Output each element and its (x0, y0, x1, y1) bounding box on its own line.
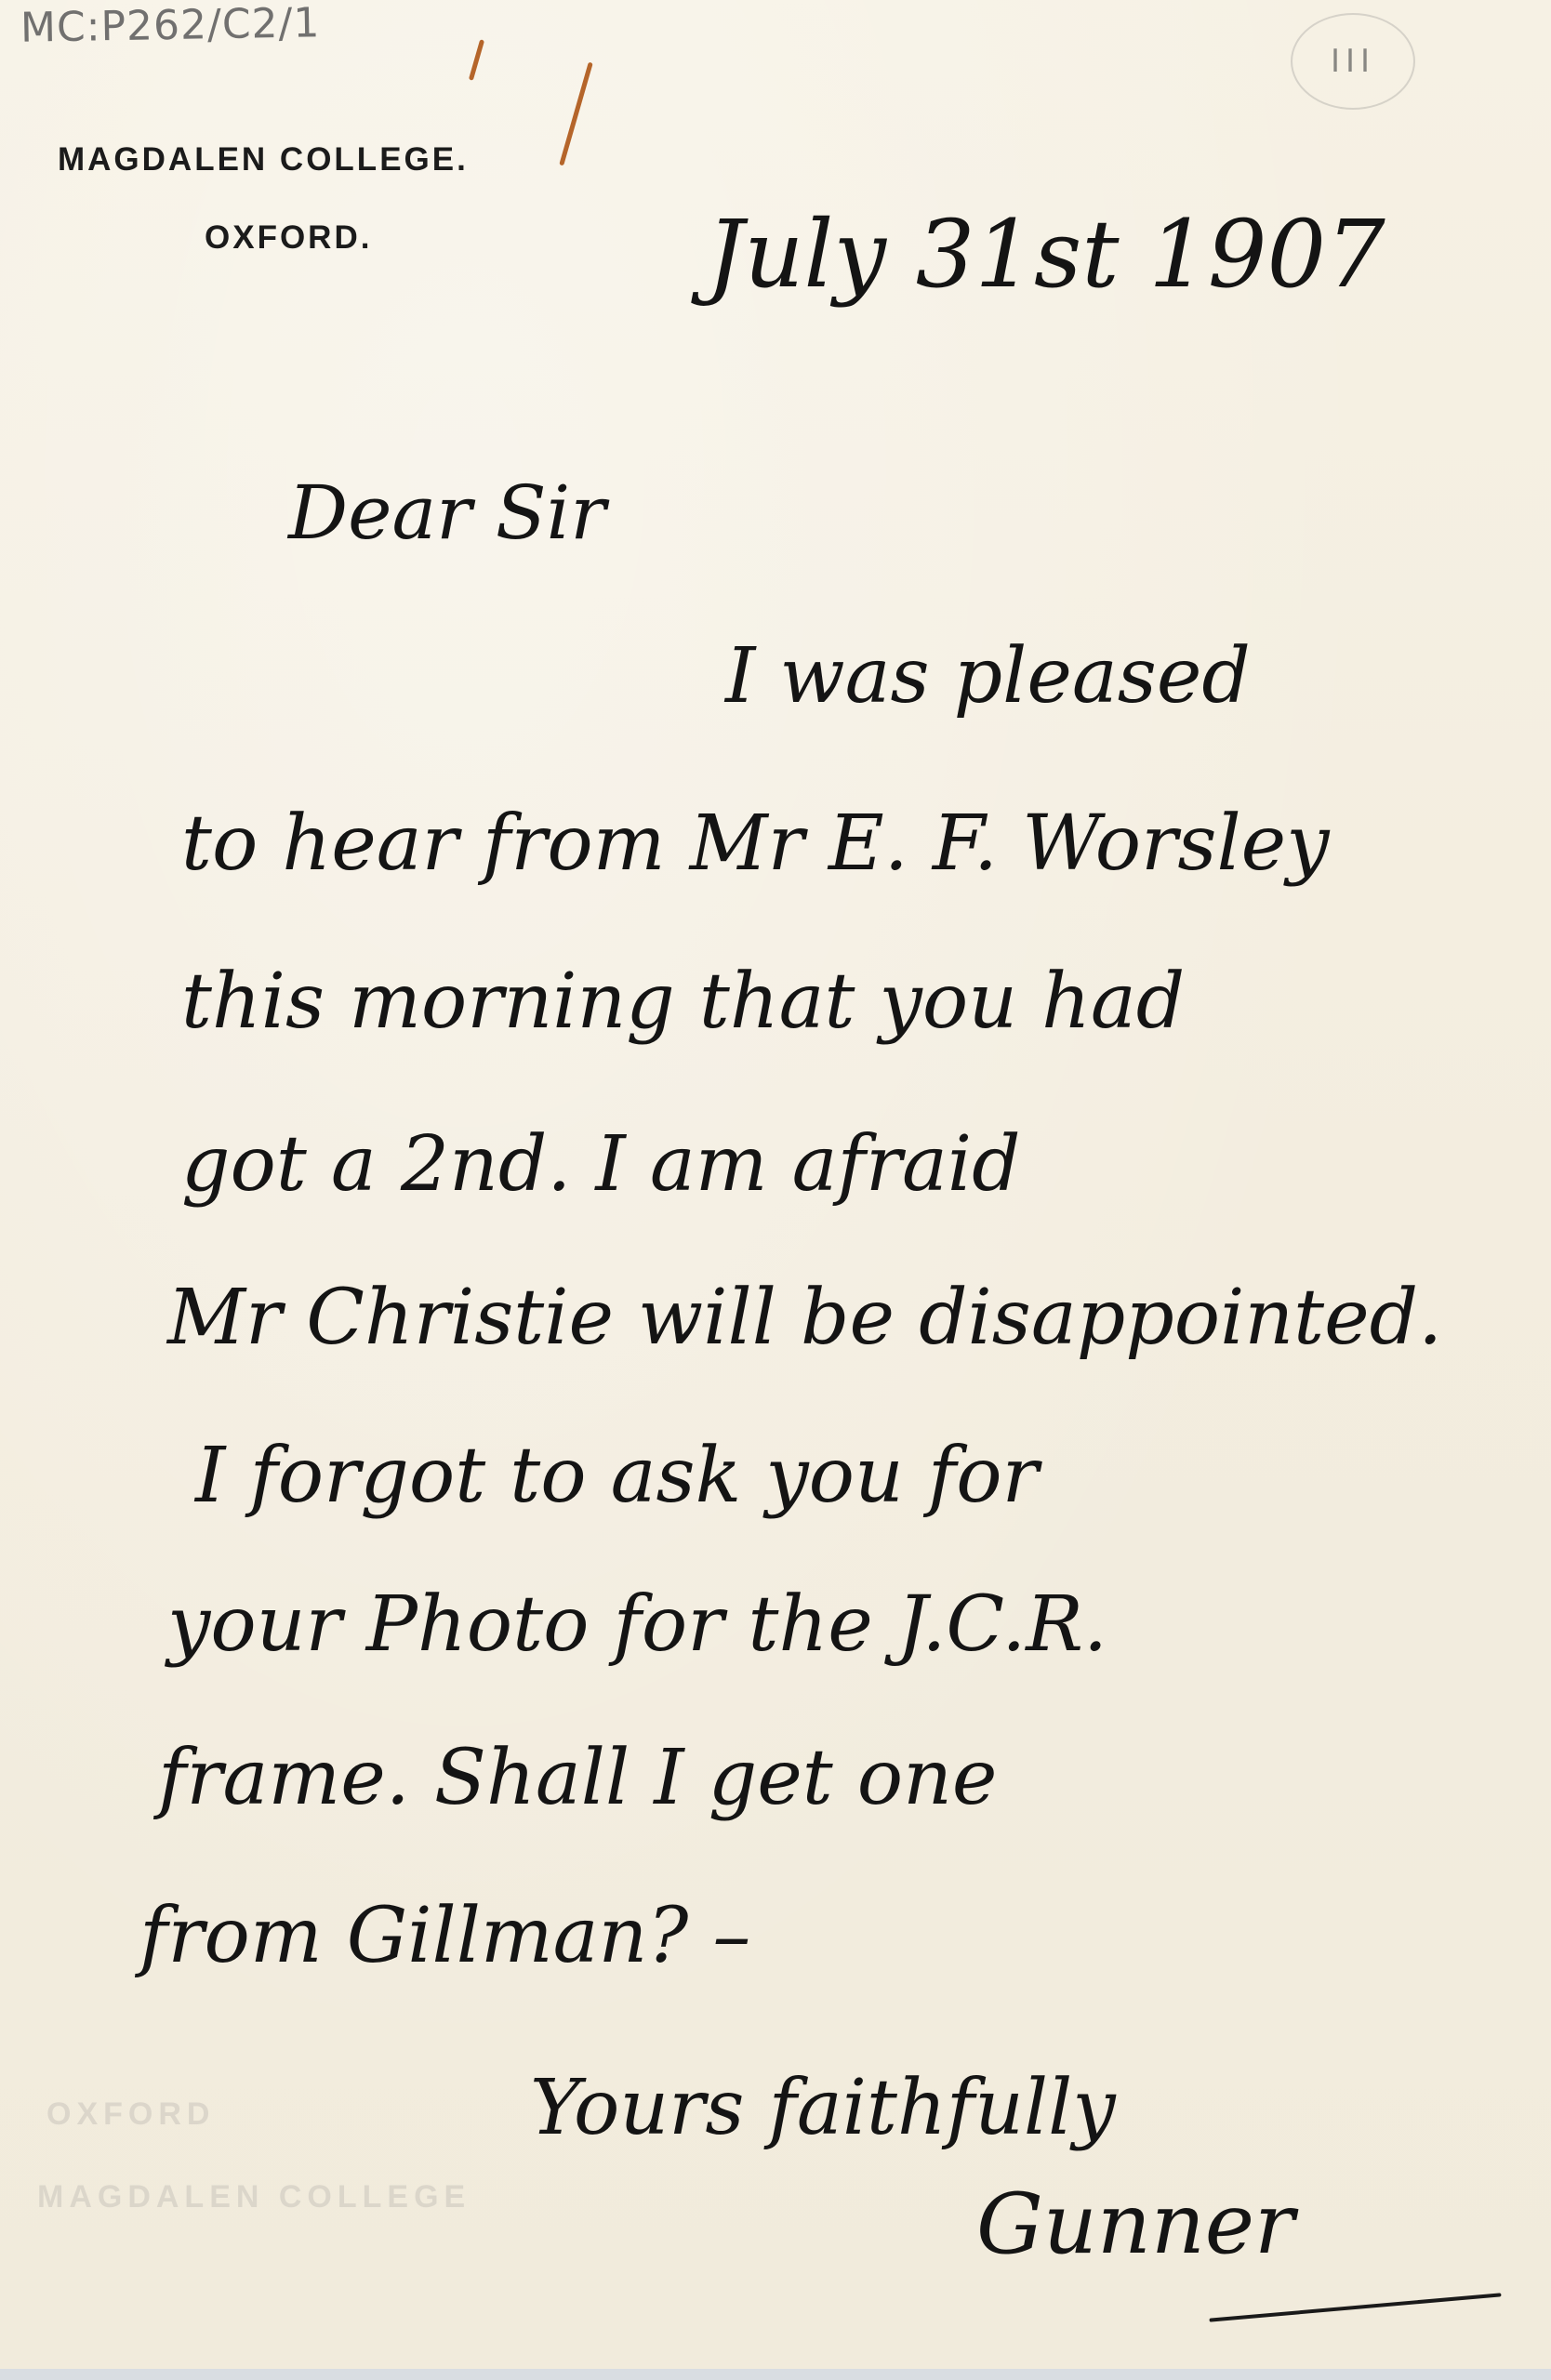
body-line: from Gillman? – (139, 1892, 750, 1980)
show-through-line: OXFORD (46, 2096, 215, 2132)
body-line: this morning that you had (181, 958, 1185, 1046)
letterhead-college: MAGDALEN COLLEGE. (58, 141, 469, 178)
show-through-print: OXFORD MAGDALEN COLLEGE (46, 2096, 471, 2215)
letterhead-city: OXFORD. (205, 219, 469, 257)
body-line: frame. Shall I get one (158, 1734, 997, 1822)
letter-date: July 31st 1907 (707, 200, 1385, 309)
body-line: got a 2nd. I am afraid (181, 1120, 1021, 1209)
signature: Gunner (976, 2175, 1294, 2273)
scan-edge (0, 2369, 1551, 2380)
body-line: to hear from Mr E. F. Worsley (181, 800, 1330, 888)
show-through-line: MAGDALEN COLLEGE (37, 2179, 471, 2215)
body-line: Mr Christie will be disappointed. (167, 1274, 1442, 1362)
archive-reference: MC:P262/C2/1 (20, 0, 321, 52)
letterhead: MAGDALEN COLLEGE. OXFORD. (58, 141, 469, 257)
body-line: your Photo for the J.C.R. (167, 1580, 1107, 1669)
folio-mark: III (1291, 13, 1415, 110)
body-line: I was pleased (725, 632, 1251, 721)
body-line: I forgot to ask you for (195, 1432, 1039, 1520)
salutation: Dear Sir (288, 469, 605, 556)
closing: Yours faithfully (530, 2064, 1116, 2152)
